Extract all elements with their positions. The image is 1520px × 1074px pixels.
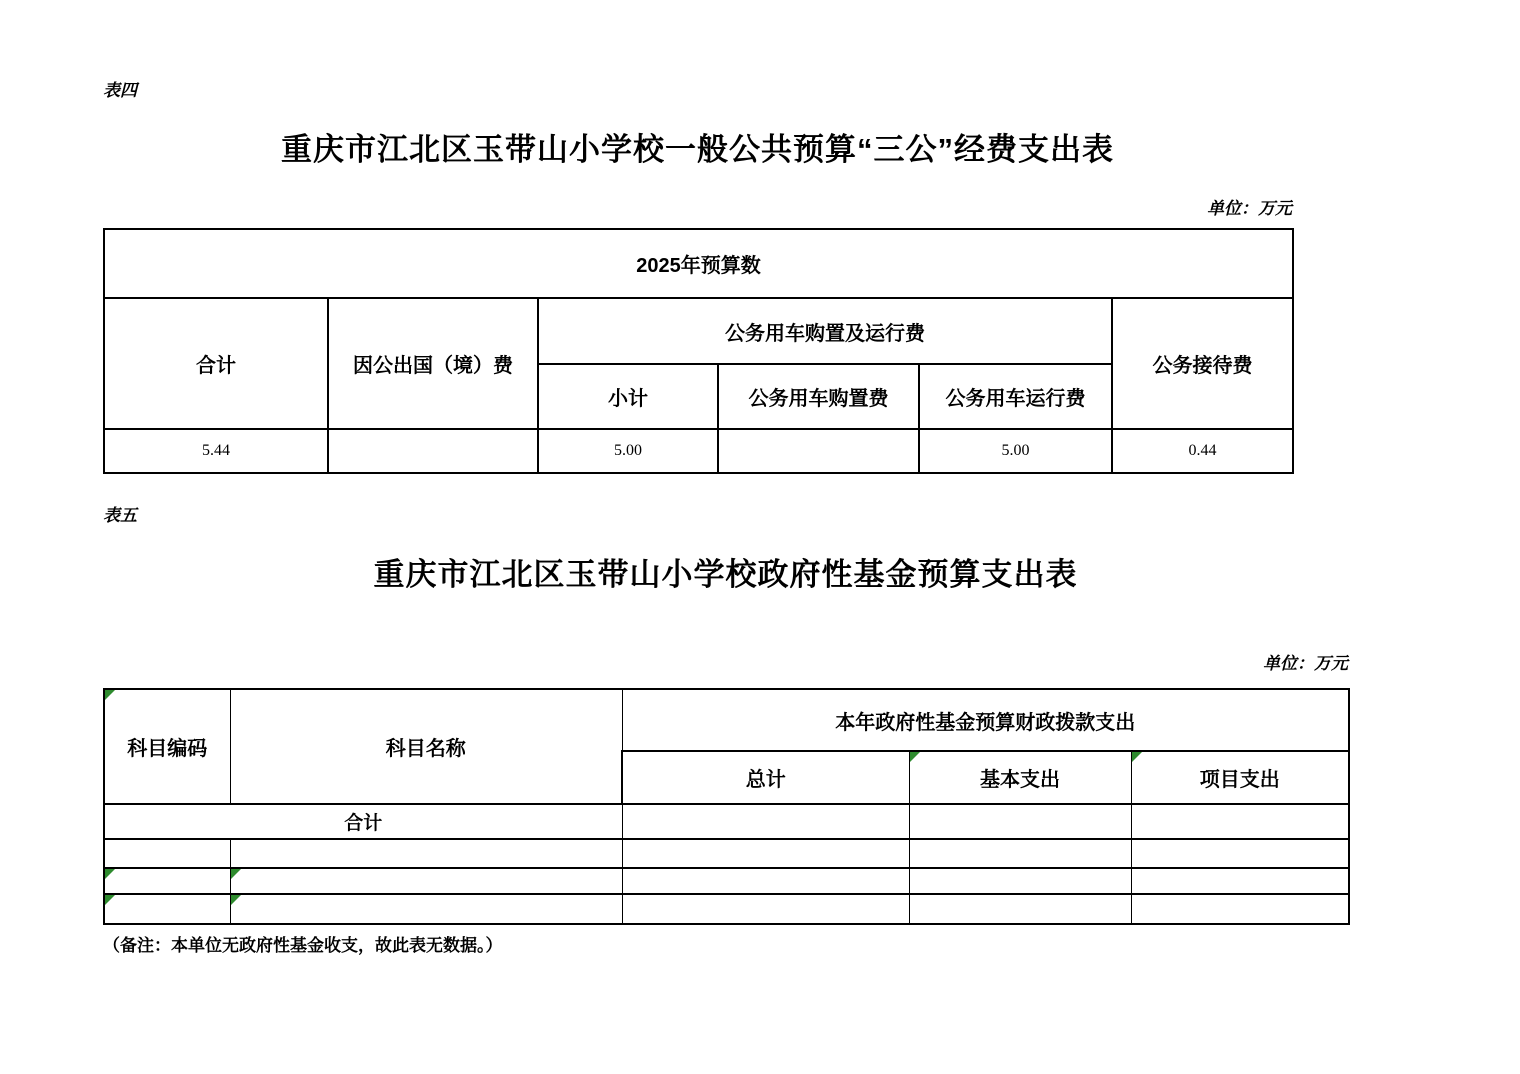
empty-cell (104, 868, 230, 894)
empty-cell (230, 839, 622, 868)
cell-marker-icon (105, 895, 115, 905)
value-cell-total: 5.44 (104, 429, 328, 473)
table5-unit-label: 单位：万元 (103, 655, 1348, 672)
header-cell-basic-expense-label: 基本支出 (980, 769, 1060, 791)
empty-cell (622, 868, 909, 894)
empty-cell (622, 894, 909, 924)
document-page: 表四 重庆市江北区玉带山小学校一般公共预算“三公”经费支出表 单位：万元 202… (0, 0, 1520, 1074)
empty-cell (909, 868, 1131, 894)
value-cell-vehicle-operation: 5.00 (919, 429, 1112, 473)
table-row: 2025年预算数 (104, 229, 1293, 298)
empty-cell (909, 894, 1131, 924)
empty-cell (230, 868, 622, 894)
header-cell-vehicle-purchase: 公务用车购置费 (718, 364, 919, 429)
empty-cell (1131, 804, 1349, 839)
header-cell-total: 合计 (104, 298, 328, 429)
header-cell-vehicle-subtotal: 小计 (538, 364, 718, 429)
cell-marker-icon (231, 895, 241, 905)
table-row: 合计 因公出国（境）费 公务用车购置及运行费 公务接待费 (104, 298, 1293, 364)
value-cell-reception: 0.44 (1112, 429, 1293, 473)
value-cell-abroad (328, 429, 538, 473)
header-cell-reception: 公务接待费 (1112, 298, 1293, 429)
empty-cell (909, 804, 1131, 839)
table4-tag: 表四 (103, 82, 137, 99)
cell-marker-icon (231, 869, 241, 879)
table-row: 合计 (104, 804, 1349, 839)
empty-cell (1131, 839, 1349, 868)
total-row-label-cell: 合计 (104, 804, 622, 839)
header-cell-project-expense-label: 项目支出 (1200, 769, 1280, 791)
table-row: 科目编码 科目名称 本年政府性基金预算财政拨款支出 (104, 689, 1349, 751)
cell-marker-icon (105, 690, 115, 700)
table5-note: （备注：本单位无政府性基金收支，故此表无数据。） (103, 936, 503, 956)
empty-cell (230, 894, 622, 924)
header-cell-fund-group: 本年政府性基金预算财政拨款支出 (622, 689, 1349, 751)
header-cell-year: 2025年预算数 (104, 229, 1293, 298)
table-row: 5.44 5.00 5.00 0.44 (104, 429, 1293, 473)
table-row (104, 868, 1349, 894)
empty-cell (104, 839, 230, 868)
table-row (104, 894, 1349, 924)
header-cell-basic-expense: 基本支出 (909, 751, 1131, 804)
table5-tag: 表五 (103, 507, 137, 524)
government-fund-budget-table: 科目编码 科目名称 本年政府性基金预算财政拨款支出 总计 基本支出 项目支出 合… (103, 688, 1350, 925)
empty-cell (622, 804, 909, 839)
cell-marker-icon (910, 752, 920, 762)
value-cell-vehicle-purchase (718, 429, 919, 473)
cell-marker-icon (105, 869, 115, 879)
header-cell-sum: 总计 (622, 751, 909, 804)
three-public-expense-table: 2025年预算数 合计 因公出国（境）费 公务用车购置及运行费 公务接待费 小计… (103, 228, 1294, 474)
header-cell-project-expense: 项目支出 (1131, 751, 1349, 804)
empty-cell (104, 894, 230, 924)
value-cell-vehicle-subtotal: 5.00 (538, 429, 718, 473)
empty-cell (1131, 894, 1349, 924)
table-row (104, 839, 1349, 868)
header-cell-subject-code: 科目编码 (104, 689, 230, 804)
empty-cell (1131, 868, 1349, 894)
header-cell-vehicle-group: 公务用车购置及运行费 (538, 298, 1112, 364)
empty-cell (909, 839, 1131, 868)
table5-title: 重庆市江北区玉带山小学校政府性基金预算支出表 (103, 558, 1348, 592)
header-cell-subject-code-label: 科目编码 (127, 738, 207, 760)
header-cell-subject-name: 科目名称 (230, 689, 622, 804)
table4-unit-label: 单位：万元 (103, 200, 1292, 217)
header-cell-vehicle-operation: 公务用车运行费 (919, 364, 1112, 429)
header-cell-abroad: 因公出国（境）费 (328, 298, 538, 429)
table4-title: 重庆市江北区玉带山小学校一般公共预算“三公”经费支出表 (103, 133, 1292, 167)
cell-marker-icon (1132, 752, 1142, 762)
empty-cell (622, 839, 909, 868)
